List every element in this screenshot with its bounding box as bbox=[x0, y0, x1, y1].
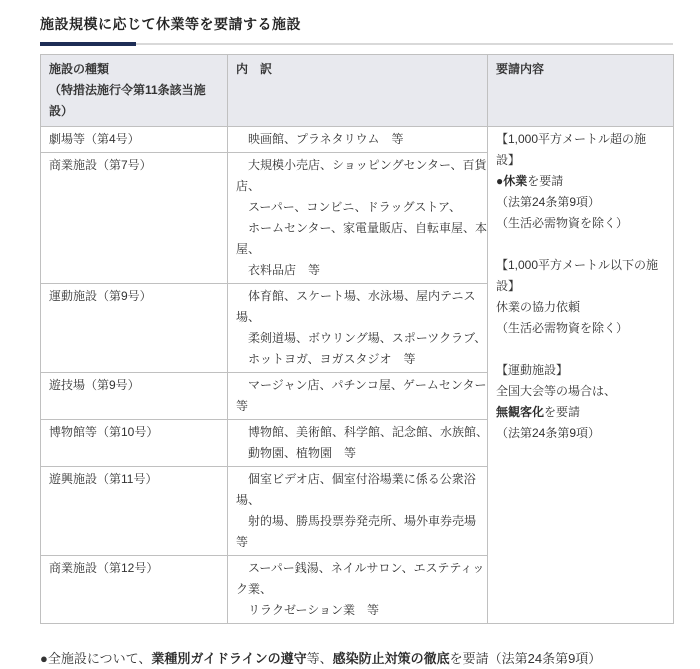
request-line: 【1,000平方メートル以下の施 bbox=[496, 255, 669, 276]
footer-note: ●全施設について、業種別ガイドラインの遵守等、感染防止対策の徹底を要請（法第24… bbox=[40, 649, 673, 669]
facility-type-label: 遊興施設（第11号） bbox=[49, 469, 223, 490]
col-header-breakdown: 内 訳 bbox=[228, 55, 488, 127]
breakdown-line: 体育館、スケート場、水泳場、屋内テニス bbox=[236, 286, 483, 307]
title-divider-accent bbox=[40, 42, 136, 46]
facility-type-cell: 博物館等（第10号） bbox=[41, 420, 228, 467]
text: （法第24条第9項） bbox=[496, 195, 600, 209]
breakdown-line: 博物館、美術館、科学館、記念館、水族館、 bbox=[236, 422, 483, 443]
request-line bbox=[496, 339, 669, 360]
bold-text: ●休業 bbox=[496, 174, 527, 188]
page: 施設規模に応じて休業等を要請する施設 施設の種類（特措法施行令第11条該当施設）… bbox=[0, 0, 700, 669]
request-line: 【運動施設】 bbox=[496, 360, 669, 381]
col-header-facility-type: 施設の種類（特措法施行令第11条該当施設） bbox=[41, 55, 228, 127]
request-line: （生活必需物資を除く） bbox=[496, 318, 669, 339]
bold-text: 業種別ガイドラインの遵守 bbox=[151, 651, 306, 666]
page-title: 施設規模に応じて休業等を要請する施設 bbox=[40, 14, 673, 34]
text: を要請（法第24条第9項） bbox=[450, 651, 602, 666]
request-line: 設】 bbox=[496, 150, 669, 171]
facility-type-label: 商業施設（第7号） bbox=[49, 155, 223, 176]
header-line: （特措法施行令第11条該当施 bbox=[49, 80, 223, 101]
breakdown-line: 動物園、植物園 等 bbox=[236, 443, 483, 464]
text: ●全施設について、 bbox=[40, 651, 151, 666]
breakdown-line: 個室ビデオ店、個室付浴場業に係る公衆浴 bbox=[236, 469, 483, 490]
text: 等、 bbox=[307, 651, 333, 666]
facility-breakdown-cell: スーパー銭湯、ネイルサロン、エステティック業、 リラクゼーション業 等 bbox=[228, 556, 488, 624]
facility-type-label: 博物館等（第10号） bbox=[49, 422, 223, 443]
header-line: 設） bbox=[49, 101, 223, 122]
facility-type-label: 商業施設（第12号） bbox=[49, 558, 223, 579]
table-row: 劇場等（第4号） 映画館、プラネタリウム 等【1,000平方メートル超の施設】●… bbox=[41, 127, 674, 153]
text: 【運動施設】 bbox=[496, 363, 568, 377]
breakdown-line: 衣料品店 等 bbox=[236, 260, 483, 281]
breakdown-line: 店、 bbox=[236, 176, 483, 197]
facility-breakdown-cell: 体育館、スケート場、水泳場、屋内テニス場、 柔剣道場、ボウリング場、スポーツクラ… bbox=[228, 284, 488, 373]
facility-type-cell: 遊興施設（第11号） bbox=[41, 467, 228, 556]
breakdown-line: ク業、 bbox=[236, 579, 483, 600]
facility-table: 施設の種類（特措法施行令第11条該当施設） 内 訳 要請内容 劇場等（第4号） … bbox=[40, 54, 674, 624]
facility-type-cell: 遊技場（第9号） bbox=[41, 373, 228, 420]
request-line: （生活必需物資を除く） bbox=[496, 213, 669, 234]
breakdown-line: 等 bbox=[236, 532, 483, 553]
breakdown-line: 場、 bbox=[236, 307, 483, 328]
breakdown-line: 大規模小売店、ショッピングセンター、百貨 bbox=[236, 155, 483, 176]
breakdown-line: リラクゼーション業 等 bbox=[236, 600, 483, 621]
facility-table-body: 劇場等（第4号） 映画館、プラネタリウム 等【1,000平方メートル超の施設】●… bbox=[41, 127, 674, 624]
header-line: 施設の種類 bbox=[49, 59, 223, 80]
breakdown-line: 屋、 bbox=[236, 239, 483, 260]
request-line bbox=[496, 234, 669, 255]
request-line: （法第24条第9項） bbox=[496, 192, 669, 213]
text: を要請 bbox=[527, 174, 563, 188]
request-line: 休業の協力依頼 bbox=[496, 297, 669, 318]
breakdown-line: スーパー銭湯、ネイルサロン、エステティッ bbox=[236, 558, 483, 579]
breakdown-line: 場、 bbox=[236, 490, 483, 511]
bold-text: 感染防止対策の徹底 bbox=[333, 651, 450, 666]
request-line: 【1,000平方メートル超の施 bbox=[496, 129, 669, 150]
facility-type-label: 劇場等（第4号） bbox=[49, 129, 223, 150]
facility-breakdown-cell: 個室ビデオ店、個室付浴場業に係る公衆浴場、 射的場、勝馬投票券発売所、場外車券売… bbox=[228, 467, 488, 556]
breakdown-line: 射的場、勝馬投票券発売所、場外車券売場 bbox=[236, 511, 483, 532]
breakdown-line: ホットヨガ、ヨガスタジオ 等 bbox=[236, 349, 483, 370]
text: 休業の協力依頼 bbox=[496, 300, 580, 314]
facility-type-cell: 運動施設（第9号） bbox=[41, 284, 228, 373]
title-divider bbox=[40, 43, 673, 45]
request-line: 設】 bbox=[496, 276, 669, 297]
breakdown-line: ホームセンター、家電量販店、自転車屋、本 bbox=[236, 218, 483, 239]
request-line: 全国大会等の場合は、 bbox=[496, 381, 669, 402]
request-line: （法第24条第9項） bbox=[496, 423, 669, 444]
request-content-cell: 【1,000平方メートル超の施設】●休業を要請（法第24条第9項）（生活必需物資… bbox=[488, 127, 674, 624]
text: 【1,000平方メートル以下の施 bbox=[496, 258, 658, 272]
text: 設】 bbox=[496, 153, 520, 167]
facility-type-cell: 劇場等（第4号） bbox=[41, 127, 228, 153]
request-line: 無観客化を要請 bbox=[496, 402, 669, 423]
text: （法第24条第9項） bbox=[496, 426, 600, 440]
breakdown-line: スーパー、コンビニ、ドラッグストア、 bbox=[236, 197, 483, 218]
text: を要請 bbox=[544, 405, 580, 419]
facility-breakdown-cell: 大規模小売店、ショッピングセンター、百貨店、 スーパー、コンビニ、ドラッグストア… bbox=[228, 153, 488, 284]
facility-type-label: 運動施設（第9号） bbox=[49, 286, 223, 307]
request-line: ●休業を要請 bbox=[496, 171, 669, 192]
breakdown-line: 映画館、プラネタリウム 等 bbox=[236, 129, 483, 150]
breakdown-line: 柔剣道場、ボウリング場、スポーツクラブ、 bbox=[236, 328, 483, 349]
breakdown-line: 等 bbox=[236, 396, 483, 417]
text: （生活必需物資を除く） bbox=[496, 321, 628, 335]
text: （生活必需物資を除く） bbox=[496, 216, 628, 230]
facility-type-cell: 商業施設（第12号） bbox=[41, 556, 228, 624]
facility-breakdown-cell: 博物館、美術館、科学館、記念館、水族館、 動物園、植物園 等 bbox=[228, 420, 488, 467]
col-header-request: 要請内容 bbox=[488, 55, 674, 127]
text: 【1,000平方メートル超の施 bbox=[496, 132, 646, 146]
text: 全国大会等の場合は、 bbox=[496, 384, 616, 398]
facility-type-label: 遊技場（第9号） bbox=[49, 375, 223, 396]
text: 設】 bbox=[496, 279, 520, 293]
bold-text: 無観客化 bbox=[496, 405, 544, 419]
facility-breakdown-cell: 映画館、プラネタリウム 等 bbox=[228, 127, 488, 153]
table-header-row: 施設の種類（特措法施行令第11条該当施設） 内 訳 要請内容 bbox=[41, 55, 674, 127]
breakdown-line: マージャン店、パチンコ屋、ゲームセンター bbox=[236, 375, 483, 396]
facility-breakdown-cell: マージャン店、パチンコ屋、ゲームセンター等 bbox=[228, 373, 488, 420]
facility-type-cell: 商業施設（第7号） bbox=[41, 153, 228, 284]
